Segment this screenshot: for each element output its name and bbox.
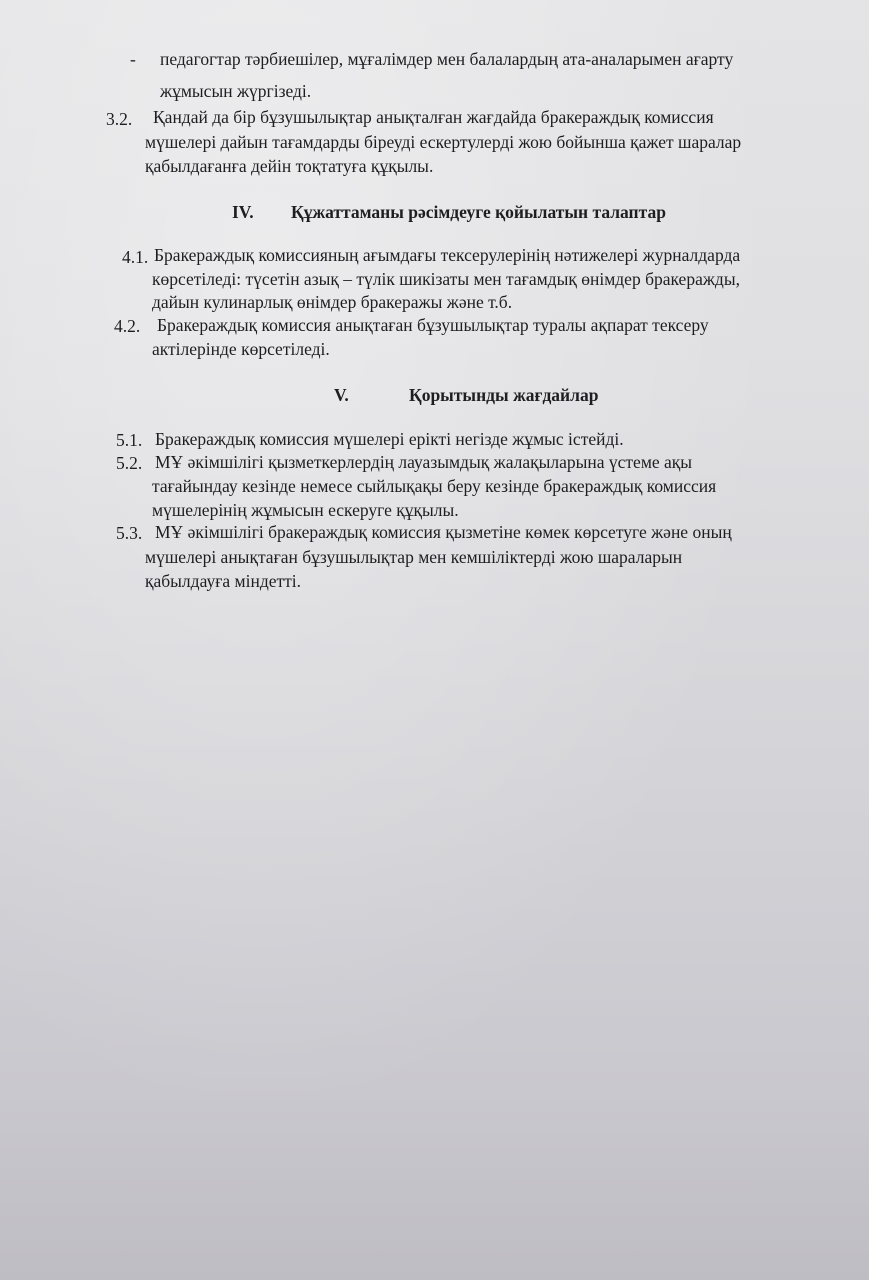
section-5-numeral: V.: [334, 384, 349, 406]
item-3-2-number: 3.2.: [106, 108, 132, 130]
item-5-1-line-1: Бракераждық комиссия мүшелері ерікті нег…: [155, 428, 624, 450]
bullet-marker: -: [130, 48, 136, 70]
item-3-2-line-3: қабылдағанға дейін тоқтатуға құқылы.: [145, 155, 433, 177]
item-5-3-number: 5.3.: [116, 522, 142, 544]
item-4-1-line-2: көрсетіледі: түсетін азық – түлік шикіза…: [152, 268, 740, 290]
section-5-title: Қорытынды жағдайлар: [409, 384, 598, 406]
item-5-3-line-2: мүшелері анықтаған бұзушылықтар мен кемш…: [145, 546, 682, 568]
item-3-2-line-2: мүшелері дайын тағамдарды біреуді ескерт…: [145, 131, 741, 153]
section-4-numeral: IV.: [232, 201, 254, 223]
item-5-2-line-3: мүшелерінің жұмысын ескеруге құқылы.: [152, 499, 459, 521]
item-5-2-line-1: МҰ әкімшілігі қызметкерлердің лауазымдық…: [155, 451, 692, 473]
section-4-title: Құжаттаманы рәсімдеуге қойылатын талапта…: [291, 201, 666, 223]
item-5-2-number: 5.2.: [116, 452, 142, 474]
item-4-2-line-1: Бракераждық комиссия анықтаған бұзушылық…: [157, 314, 709, 336]
item-4-1-number: 4.1.: [122, 246, 148, 268]
item-4-1-line-1: Бракераждық комиссияның ағымдағы тексеру…: [154, 244, 740, 266]
item-5-3-line-1: МҰ әкімшілігі бракераждық комиссия қызме…: [155, 521, 732, 543]
item-5-3-line-3: қабылдауға міндетті.: [145, 570, 301, 592]
document-page: - педагогтар тәрбиешілер, мұғалімдер мен…: [0, 0, 869, 1280]
bullet-line-1: педагогтар тәрбиешілер, мұғалімдер мен б…: [160, 48, 733, 70]
item-5-2-line-2: тағайындау кезінде немесе сыйлықақы беру…: [152, 475, 716, 497]
bullet-line-2: жұмысын жүргізеді.: [160, 80, 311, 102]
item-4-2-number: 4.2.: [114, 315, 140, 337]
item-4-1-line-3: дайын кулинарлық өнімдер бракеражы және …: [152, 291, 512, 313]
item-3-2-line-1: Қандай да бір бұзушылықтар анықталған жа…: [153, 106, 714, 128]
item-5-1-number: 5.1.: [116, 429, 142, 451]
item-4-2-line-2: актілерінде көрсетіледі.: [152, 338, 330, 360]
